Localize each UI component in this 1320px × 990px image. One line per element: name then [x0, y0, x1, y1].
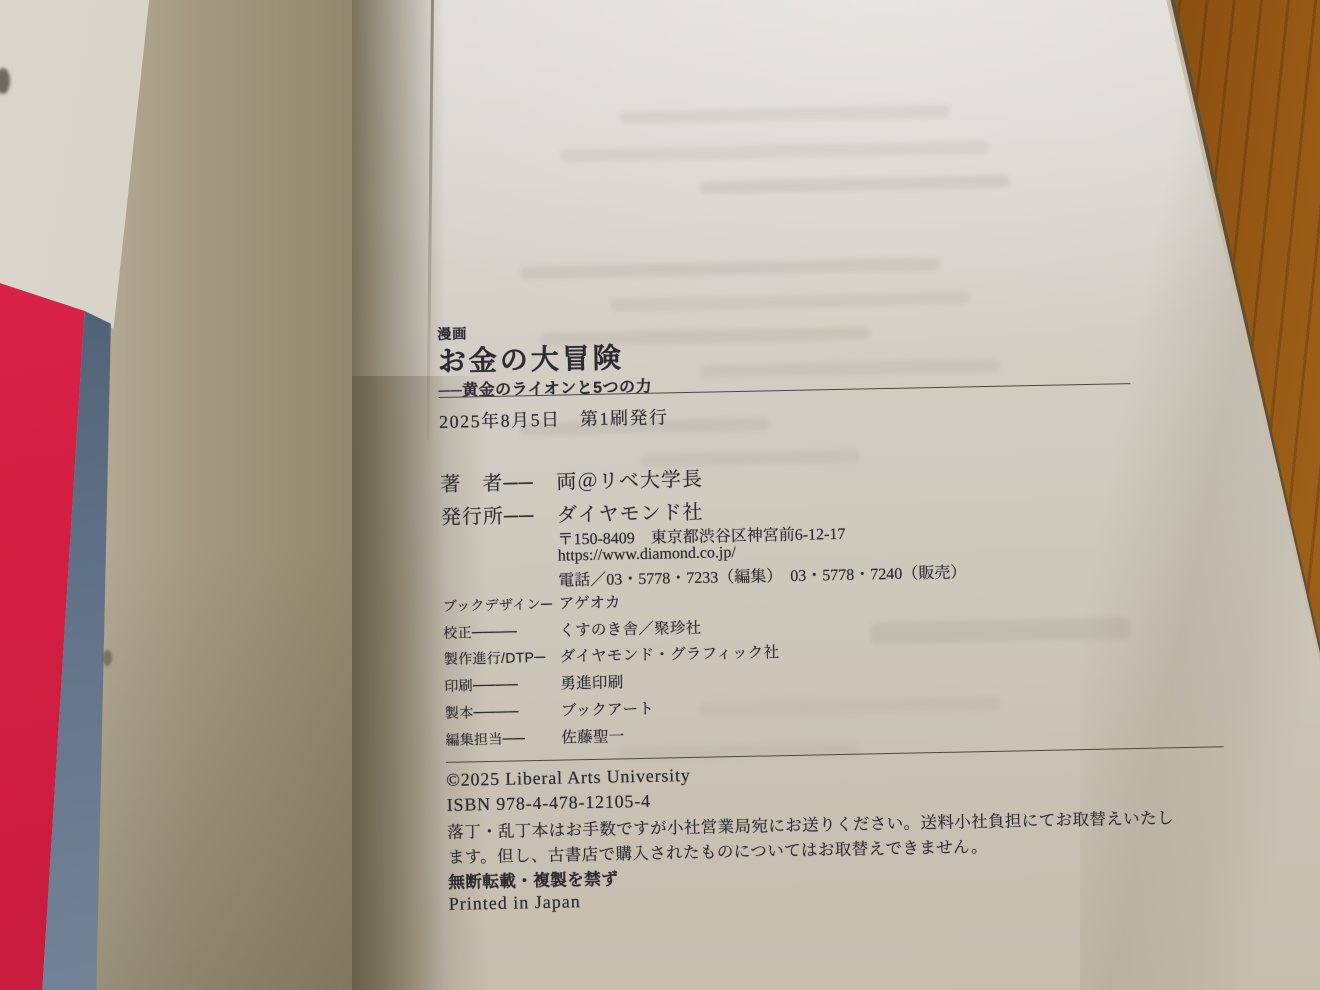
- credit-line-production-dtp: 製作進行/DTP─ダイヤモンド・グラフィック社: [444, 640, 780, 669]
- credit-line-editor: 編集担当──佐藤聖一: [445, 724, 625, 750]
- credit-value: 勇進印刷: [560, 674, 624, 692]
- credit-label: ブックデザイン: [443, 596, 541, 614]
- credit-line-binding: 製本────ブックアート: [445, 697, 655, 723]
- credit-line-proofreading: 校正────くすのき舎／聚珍社: [443, 616, 702, 643]
- author-line: 著 者──両＠リベ大学長: [440, 463, 703, 497]
- credit-label: 印刷: [444, 677, 473, 694]
- credit-value: くすのき舎／聚珍社: [559, 620, 702, 640]
- credit-label: 製本: [445, 704, 474, 721]
- credit-value: 佐藤聖一: [561, 728, 625, 746]
- publisher-dash: ──: [504, 505, 535, 528]
- book-colophon-photo: 漫画 お金の大冒険 ──黄金のライオンと5つの力 2025年8月5日 第1刷発行…: [0, 0, 1320, 990]
- edition-date-line: 2025年8月5日 第1刷発行: [439, 403, 669, 434]
- isbn-line: ISBN 978-4-478-12105-4: [447, 791, 651, 816]
- credit-dash: ──: [503, 730, 526, 747]
- colophon-text-block: 漫画 お金の大冒険 ──黄金のライオンと5つの力 2025年8月5日 第1刷発行…: [437, 302, 1240, 958]
- credit-dash: ────: [473, 703, 518, 721]
- credit-line-book-design: ブックデザイン─アゲオカ: [443, 590, 621, 616]
- reproduction-notice: 無断転載・複製を禁ず: [448, 865, 618, 892]
- printed-in-japan: Printed in Japan: [449, 891, 581, 915]
- author-dash: ──: [503, 472, 534, 495]
- author-value: 両＠リベ大学長: [556, 469, 703, 494]
- credit-label: 編集担当: [445, 731, 503, 748]
- credit-value: アゲオカ: [559, 594, 621, 612]
- credit-value: ダイヤモンド・グラフィック社: [560, 644, 780, 665]
- book-title: お金の大冒険: [437, 336, 624, 380]
- publisher-value: ダイヤモンド社: [557, 502, 704, 527]
- credit-dash: ────: [473, 676, 518, 694]
- divider-rule-bottom: [446, 746, 1224, 763]
- page-speck: [103, 650, 112, 666]
- credit-dash: ─: [541, 596, 553, 613]
- publisher-label: 発行所: [441, 506, 504, 529]
- credit-value: ブックアート: [561, 701, 655, 720]
- credit-label: 製作進行/DTP: [444, 649, 535, 667]
- publisher-url: https://www.diamond.co.jp/: [558, 544, 736, 566]
- author-label: 著 者: [440, 473, 503, 496]
- credit-dash: ────: [472, 623, 517, 641]
- copyright-line: ©2025 Liberal Arts University: [446, 765, 691, 791]
- credit-dash: ─: [534, 649, 546, 666]
- credit-line-printing: 印刷────勇進印刷: [444, 670, 624, 696]
- credit-label: 校正: [443, 624, 472, 641]
